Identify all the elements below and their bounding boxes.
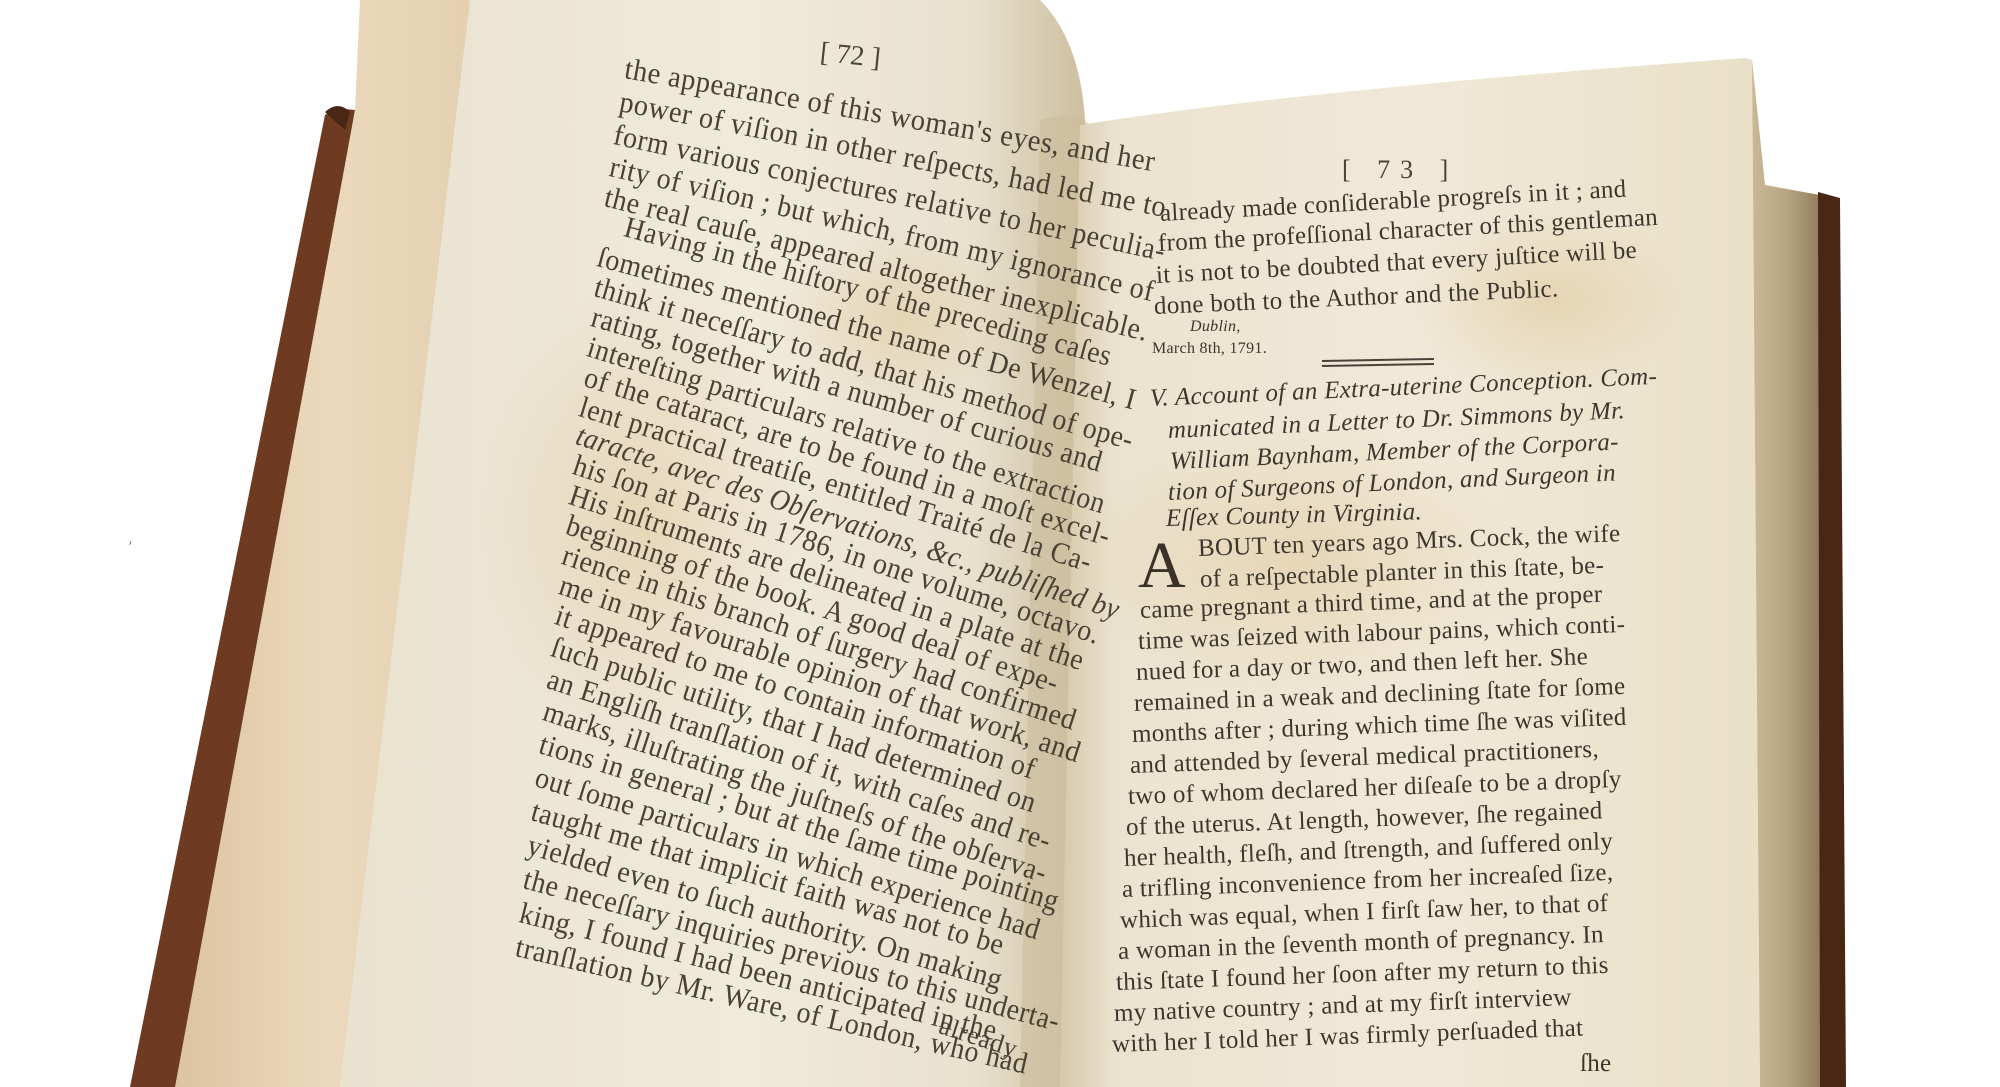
catchword: ſhe xyxy=(1580,1050,1611,1078)
right-page-edges xyxy=(1752,60,1822,1087)
dateline-place: Dublin, xyxy=(1190,318,1241,336)
drop-cap: A xyxy=(1138,528,1186,604)
stray-mark: ’ xyxy=(128,540,132,556)
right-leather-cover xyxy=(1818,192,1846,1087)
page-number-73: [ 73 ] xyxy=(1342,155,1458,185)
page-number-72: [ 72 ] xyxy=(818,37,882,75)
dateline-date: March 8th, 1791. xyxy=(1152,340,1267,358)
book-photo: [ 72 ] the appearance of this woman's ey… xyxy=(0,0,2000,1087)
